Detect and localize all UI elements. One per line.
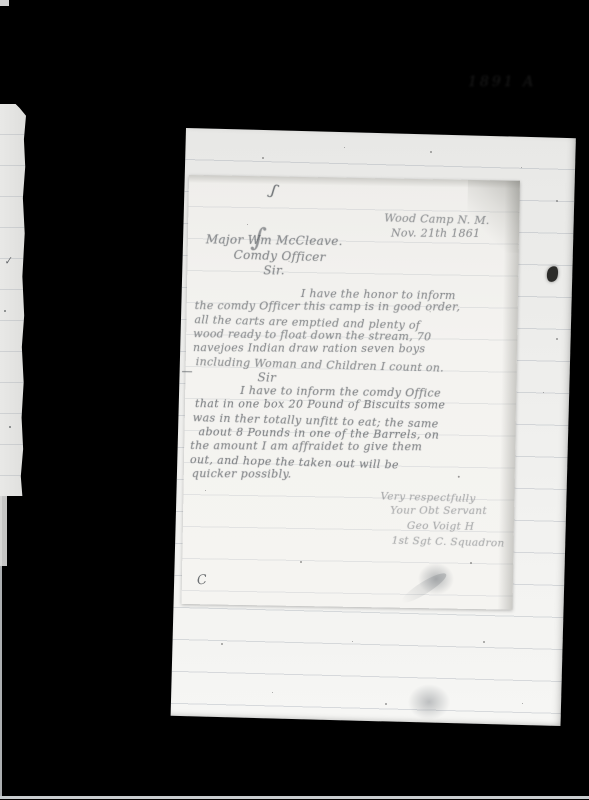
microfilm-frame: 1891 A ✓ ʃ ∫ Wood Camp N. M. Nov. 21th 1…	[0, 0, 589, 800]
adjacent-page-edge: ✓	[0, 104, 26, 496]
smudge	[408, 684, 450, 720]
handwriting-salutation: Sir.	[263, 263, 285, 277]
speck	[247, 224, 248, 225]
faint-frame-marking: 1891 A	[468, 74, 536, 90]
speck	[483, 641, 485, 643]
handwriting-dateline-date: Nov. 21th 1861	[391, 227, 480, 240]
speck	[543, 392, 544, 393]
speck	[522, 703, 523, 704]
speck	[344, 147, 345, 148]
handwriting-dateline-place: Wood Camp N. M.	[384, 211, 490, 227]
speck	[470, 562, 472, 564]
handwriting-line: the amount I am affraidet to give them	[190, 439, 422, 453]
pen-stroke-mark: ʃ	[269, 181, 278, 200]
handwriting-line: navejoes Indian draw ration seven boys	[193, 341, 425, 355]
film-edge-line-bottom	[0, 796, 589, 799]
film-corner-notch	[0, 0, 9, 6]
handwriting-salutation-2: Sir	[257, 370, 276, 384]
page-letter-mark: C	[196, 573, 207, 589]
handwriting-closing-line: Your Obt Servant	[390, 505, 487, 518]
handwriting-signature-rank: 1st Sgt C. Squadron	[391, 535, 504, 550]
speck	[556, 338, 558, 340]
speck	[205, 490, 206, 491]
handwriting-recipient-title: Comdy Officer	[233, 248, 325, 264]
speck	[272, 692, 273, 693]
margin-dash-mark: —	[181, 365, 193, 378]
speck	[430, 311, 431, 312]
speck	[300, 561, 302, 563]
handwriting-signature: Geo Voigt H	[407, 520, 474, 533]
handwriting-line: that in one box 20 Pound of Biscuits som…	[195, 397, 445, 411]
speck	[521, 167, 522, 168]
speck	[430, 151, 432, 153]
pen-squiggle-mark: ✓	[3, 255, 13, 268]
speck	[9, 426, 11, 428]
handwriting-line: quicker possibly.	[192, 467, 292, 481]
speck	[352, 641, 353, 642]
handwriting-line: the comdy Officer this camp is in good o…	[195, 299, 461, 313]
speck	[385, 703, 387, 705]
handwriting-closing-line: Very respectfully	[380, 490, 475, 504]
speck	[556, 200, 558, 202]
speck	[4, 310, 6, 312]
adjacent-page-edge-tail	[0, 496, 7, 566]
letter-sheet: ʃ ∫ Wood Camp N. M. Nov. 21th 1861 Major…	[182, 175, 520, 610]
speck	[289, 261, 290, 262]
speck	[221, 643, 223, 645]
speck	[262, 157, 264, 159]
handwriting-line: including Woman and Children I count on.	[196, 355, 445, 374]
handwriting-recipient-name: Major Wm McCleave.	[206, 232, 343, 248]
speck	[458, 476, 460, 478]
